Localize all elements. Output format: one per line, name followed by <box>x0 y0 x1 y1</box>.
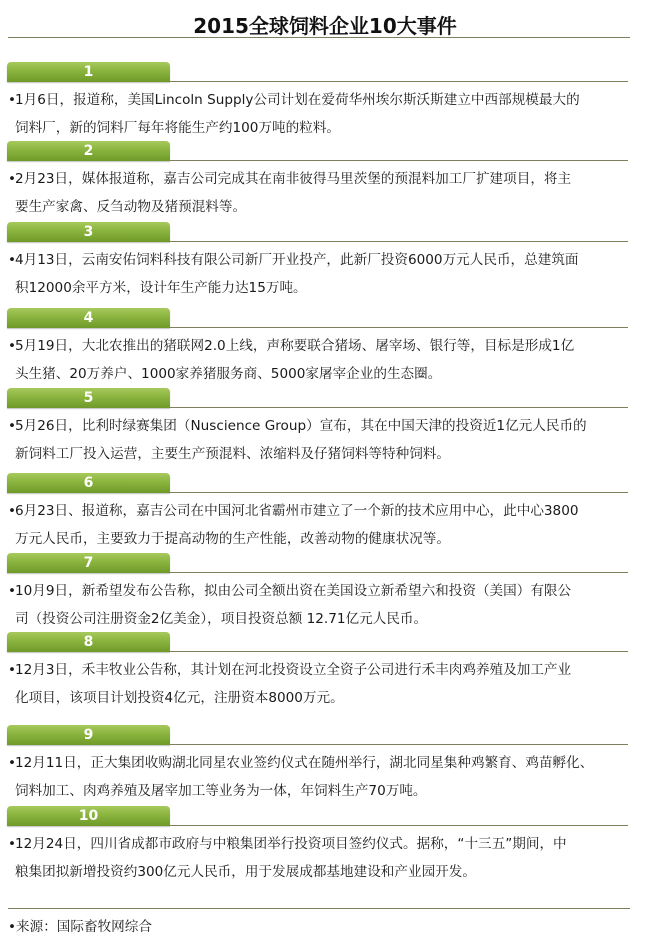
event-number-tab: 1 <box>7 62 170 82</box>
event-description: •1月6日，报道称，美国Lincoln Supply公司计划在爱荷华州埃尔斯沃斯… <box>8 86 630 142</box>
divider <box>170 572 628 573</box>
event-number-tab: 10 <box>7 806 170 826</box>
event-description: •12月24日，四川省成都市政府与中粮集团举行投资项目签约仪式。据称，“十三五”… <box>8 830 630 886</box>
bullet-icon: • <box>8 165 15 193</box>
event-description: •2月23日，媒体报道称，嘉吉公司完成其在南非彼得马里茨堡的预混料加工厂扩建项目… <box>8 165 630 221</box>
bullet-icon: • <box>8 497 15 525</box>
divider <box>170 407 628 408</box>
event-description: •5月26日，比利时绿赛集团（Nuscience Group）宣布，其在中国天津… <box>8 412 630 468</box>
bullet-icon: • <box>8 749 15 777</box>
event-number-tab: 8 <box>7 632 170 652</box>
event-number-tab: 6 <box>7 473 170 493</box>
bullet-icon: • <box>8 830 15 858</box>
source-note: •来源：国际畜牧网综合 <box>8 915 152 935</box>
event-description: •12月3日，禾丰牧业公告称，其计划在河北投资设立全资子公司进行禾丰肉鸡养殖及加… <box>8 656 630 712</box>
event-description: •6月23日、报道称，嘉吉公司在中国河北省霸州市建立了一个新的技术应用中心，此中… <box>8 497 630 553</box>
bullet-icon: • <box>8 246 15 274</box>
bullet-icon: • <box>8 577 15 605</box>
bullet-icon: • <box>8 332 15 360</box>
event-number-tab: 4 <box>7 308 170 328</box>
event-description: •4月13日，云南安佑饲料科技有限公司新厂开业投产，此新厂投资6000万元人民币… <box>8 246 630 302</box>
divider <box>170 327 628 328</box>
title-divider <box>8 37 630 38</box>
divider <box>170 492 628 493</box>
event-number-tab: 9 <box>7 725 170 745</box>
event-description: •10月9日，新希望发布公告称，拟由公司全额出资在美国设立新希望六和投资（美国）… <box>8 577 630 633</box>
footer-divider <box>8 908 630 909</box>
event-number-tab: 2 <box>7 141 170 161</box>
event-description: •5月19日，大北农推出的猪联网2.0上线，声称要联合猪场、屠宰场、银行等，目标… <box>8 332 630 388</box>
divider <box>170 160 628 161</box>
divider <box>170 81 628 82</box>
event-description: •12月11日，正大集团收购湖北同星农业签约仪式在随州举行，湖北同星集种鸡繁育、… <box>8 749 630 805</box>
event-number-tab: 5 <box>7 388 170 408</box>
event-number-tab: 3 <box>7 222 170 242</box>
bullet-icon: • <box>8 656 15 684</box>
event-number-tab: 7 <box>7 553 170 573</box>
page-title: 2015全球饲料企业10大事件 <box>0 10 650 39</box>
divider <box>170 651 628 652</box>
divider <box>170 241 628 242</box>
bullet-icon: • <box>8 412 15 440</box>
bullet-icon: • <box>8 86 15 114</box>
divider <box>170 744 628 745</box>
divider <box>170 825 628 826</box>
